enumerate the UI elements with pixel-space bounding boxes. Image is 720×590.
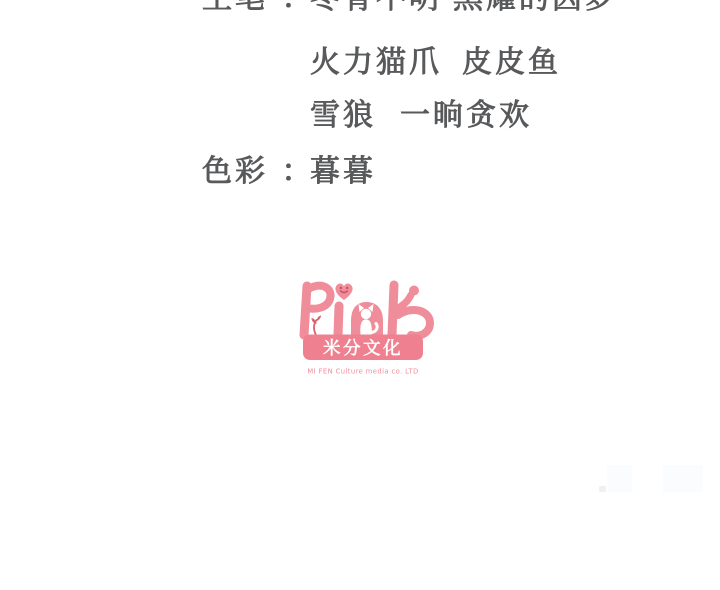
heart-face-icon [335, 284, 352, 300]
watermark-remnant [599, 486, 606, 492]
logo-banner: 米分文化 [303, 335, 423, 361]
watermark-remnant [663, 465, 703, 492]
logo-tagline: MI FEN Culture media co. LTD [307, 368, 418, 376]
pink-studio-logo: 米分文化 MI FEN Culture media co. LTD [295, 277, 445, 385]
credit-name: 雪狼 [310, 100, 376, 132]
logo-banner-text: 米分文化 [323, 338, 403, 359]
letter-n-icon [351, 302, 383, 335]
credit-name: 皮皮鱼 [462, 47, 561, 79]
credit-label-main-artist: 主笔 ： [202, 0, 314, 15]
credit-name: 冬青不明 [310, 0, 442, 15]
credit-name: 火力猫爪 [310, 47, 442, 79]
credit-name: 黑耀的因梦 [453, 0, 618, 15]
credits-page: { "page": { "background_color": "#ffffff… [0, 0, 720, 590]
watermark-remnant [607, 465, 632, 492]
credit-label-colorist: 色彩 ： [202, 156, 314, 188]
credit-name: 一晌贪欢 [400, 100, 532, 132]
heart-eye-left [340, 287, 342, 289]
leaf-sprig-icon [312, 316, 322, 336]
heart-eye-right [346, 287, 348, 289]
logo-wordmark-text: Pink [0, 0, 1, 1]
letter-i-icon [338, 306, 339, 335]
letter-k-moon-icon [392, 285, 430, 336]
credit-name: 暮暮 [310, 156, 376, 188]
letter-p-icon [304, 286, 331, 335]
